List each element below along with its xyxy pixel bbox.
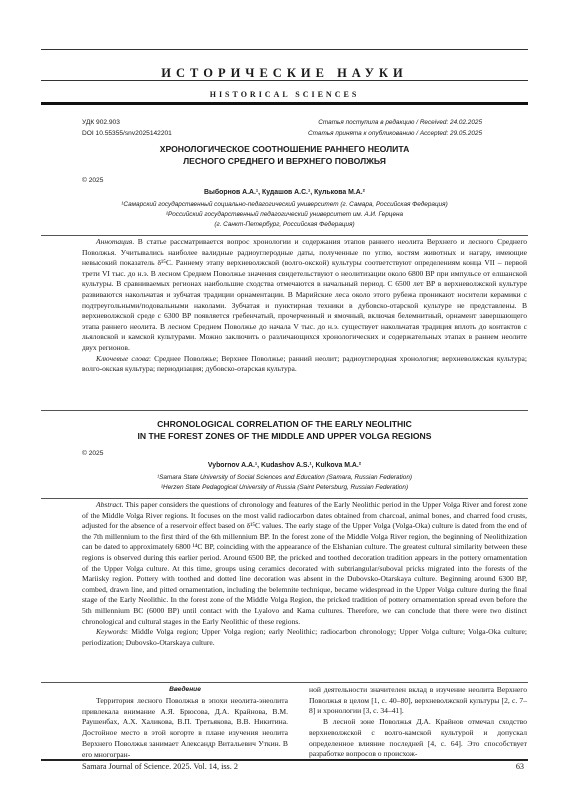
- affiliation-en-1: ¹Samara State University of Social Scien…: [41, 473, 528, 483]
- article-title-ru: ХРОНОЛОГИЧЕСКОЕ СООТНОШЕНИЕ РАННЕГО НЕОЛ…: [41, 143, 528, 167]
- authors-ru: Выборнов А.А.¹, Кудашов А.С.¹, Кулькова …: [41, 189, 528, 196]
- abstract-ru-top-rule: [41, 235, 528, 236]
- title-ru-line1: ХРОНОЛОГИЧЕСКОЕ СООТНОШЕНИЕ РАННЕГО НЕОЛ…: [41, 143, 528, 155]
- received-date: Статья поступила в редакцию / Received: …: [318, 119, 482, 126]
- intro-right-p1: ной деятельности значителен вклад в изуч…: [309, 685, 527, 717]
- doi-link[interactable]: DOI 10.55355/snv2025142201: [82, 130, 172, 137]
- intro-right-column: ной деятельности значителен вклад в изуч…: [309, 685, 527, 760]
- abstract-en-text: . This paper considers the questions of …: [82, 500, 527, 626]
- keywords-ru-text: : Среднее Поволжье; Верхнее Поволжье; ра…: [82, 354, 527, 374]
- title-en-line2: IN THE FOREST ZONES OF THE MIDDLE AND UP…: [41, 430, 528, 442]
- abstract-en-bottom-rule: [41, 682, 528, 683]
- abstract-ru-text: . В статье рассматривается вопрос хронол…: [82, 237, 527, 352]
- affiliation-ru-2-city: (г. Санкт-Петербург, Российская Федераци…: [41, 220, 528, 230]
- keywords-en-paragraph: Keywords: Middle Volga region; Upper Vol…: [82, 627, 527, 648]
- accepted-date: Статья принята к опубликованию / Accepte…: [308, 130, 482, 137]
- affiliation-en-2: ²Herzen State Pedagogical University of …: [41, 483, 528, 493]
- abstract-en-top-rule: [41, 498, 528, 499]
- title-ru-line2: ЛЕСНОГО СРЕДНЕГО И ВЕРХНЕГО ПОВОЛЖЬЯ: [41, 155, 528, 167]
- affiliations-ru: ¹Самарский государственный социально-пед…: [41, 200, 528, 230]
- keywords-ru-label: Ключевые слова: [96, 354, 149, 363]
- affiliation-ru-2: ²Российский государственный педагогическ…: [41, 210, 528, 220]
- footer-rule: [41, 759, 528, 761]
- header-thick-rule: [41, 102, 528, 105]
- affiliation-ru-1: ¹Самарский государственный социально-пед…: [41, 200, 528, 210]
- keywords-en-label: Keywords: [96, 627, 126, 636]
- abstract-ru-label: Аннотация: [96, 237, 132, 246]
- abstract-ru: Аннотация. В статье рассматривается вопр…: [82, 237, 527, 375]
- affiliations-en: ¹Samara State University of Social Scien…: [41, 473, 528, 493]
- journal-citation: Samara Journal of Science. 2025. Vol. 14…: [82, 762, 238, 771]
- keywords-ru-paragraph: Ключевые слова: Среднее Поволжье; Верхне…: [82, 354, 527, 375]
- abstract-ru-paragraph: Аннотация. В статье рассматривается вопр…: [82, 237, 527, 354]
- introduction-heading: Введение: [82, 686, 288, 693]
- title-en-line1: CHRONOLOGICAL CORRELATION OF THE EARLY N…: [41, 418, 528, 430]
- abstract-ru-bottom-rule: [41, 410, 528, 411]
- journal-page: ИСТОРИЧЕСКИЕ НАУКИ HISTORICAL SCIENCES У…: [0, 0, 566, 800]
- udk-code: УДК 902.903: [82, 119, 120, 126]
- top-rule: [41, 49, 528, 50]
- abstract-en-paragraph: Abstract. This paper considers the quest…: [82, 500, 527, 627]
- intro-left-text: Территория лесного Поволжья в эпохи неол…: [82, 696, 288, 760]
- copyright-ru: © 2025: [82, 177, 103, 184]
- intro-right-p2: В лесной зоне Поволжья Д.А. Крайнов отме…: [309, 717, 527, 760]
- abstract-en-label: Abstract: [96, 500, 122, 509]
- section-divider: [41, 80, 528, 81]
- keywords-en-text: : Middle Volga region; Upper Volga regio…: [82, 627, 527, 647]
- abstract-en: Abstract. This paper considers the quest…: [82, 500, 527, 648]
- intro-left-column: Территория лесного Поволжья в эпохи неол…: [82, 696, 288, 760]
- article-title-en: CHRONOLOGICAL CORRELATION OF THE EARLY N…: [41, 418, 528, 442]
- section-title-ru: ИСТОРИЧЕСКИЕ НАУКИ: [41, 66, 528, 81]
- page-number: 63: [516, 762, 524, 771]
- authors-en: Vybornov A.A.¹, Kudashov A.S.¹, Kulkova …: [41, 462, 528, 469]
- copyright-en: © 2025: [82, 450, 103, 457]
- section-title-en: HISTORICAL SCIENCES: [41, 90, 528, 99]
